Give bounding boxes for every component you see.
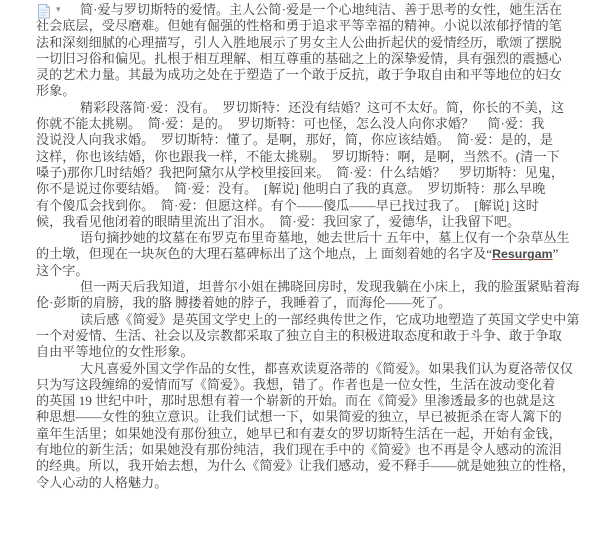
- paragraph: 精彩段落简·爱：没有。 罗切斯特：还没有结婚？这可不太好。简，你长的不美，这你就…: [36, 100, 576, 230]
- paragraph: 读后感《简爱》是英国文学史上的一部经典传世之作，它成功地塑造了英国文学史中第一个…: [36, 312, 576, 361]
- paragraph: 大凡喜爱外国文学作品的女性，都喜欢读夏洛蒂的《简爱》。如果我们认为夏洛蒂仅仅只为…: [36, 361, 576, 491]
- text-line: 读后感《简爱》是英国文学史上的一部经典传世之作，它成功地塑造了英国文学史中第: [36, 312, 576, 328]
- text-line: 童年生活里；如果她没有那份独立，她早已和有妻女的罗切斯特生活在一起，开始有金钱，: [36, 426, 576, 442]
- text-line: 令人心动的人格魅力。: [36, 475, 576, 491]
- paragraph: 语句摘抄她的坟墓在布罗克布里奇墓地，她去世后十 五年中，墓上仅有一个杂草丛生的土…: [36, 230, 576, 279]
- text-line: 社会底层，受尽磨难。但她有倔强的性格和勇于追求平等幸福的精神。小说以浓郁抒情的笔: [36, 18, 576, 34]
- text-line: 精彩段落简·爱：没有。 罗切斯特：还没有结婚？这可不太好。简，你长的不美，这: [36, 100, 576, 116]
- paragraph: 简·爱与罗切斯特的爱情。主人公简·爱是一个心地纯洁、善于思考的女性，她生活在社会…: [36, 2, 576, 100]
- text-line: 种思想——女性的独立意识。让我们试想一下，如果简爱的独立，早已被扼杀在寄人篱下的: [36, 409, 576, 425]
- text-line: 但一两天后我知道，坦普尔小姐在拂晓回房时，发现我躺在小床上，我的脸蛋紧贴着海: [36, 279, 576, 295]
- text-line: 法和深刻细腻的心理描写，引人入胜地展示了男女主人公曲折起伏的爱情经历，歌颂了摆脱: [36, 35, 576, 51]
- text-line: 的英国 19 世纪中叶，那时思想有着一个崭新的开始。而在《简爱》里渗透最多的也就…: [36, 393, 576, 409]
- text-line: 语句摘抄她的坟墓在布罗克布里奇墓地，她去世后十 五年中，墓上仅有一个杂草丛生: [36, 230, 576, 246]
- text-line: 大凡喜爱外国文学作品的女性，都喜欢读夏洛蒂的《简爱》。如果我们认为夏洛蒂仅仅: [36, 361, 576, 377]
- document-page: ▾ 简·爱与罗切斯特的爱情。主人公简·爱是一个心地纯洁、善于思考的女性，她生活在…: [0, 0, 600, 546]
- text-line: 的经典。所以，我开始去想，为什么《简爱》让我们感动，爱不释手——就是她独立的性格…: [36, 458, 576, 474]
- text-line: 嗓子)那你几时结婚？我把阿黛尔从学校里接回来。 简·爱：什么结婚？ 罗切斯特：见…: [36, 165, 576, 181]
- text-line: 只为写这段缠绵的爱情而写《简爱》。我想，错了。作者也是一位女性，生活在波动变化着: [36, 377, 576, 393]
- text-line: 有个傻瓜会找到你。 简·爱：但愿这样。有个——傻瓜——早已找过我了。 [解说] …: [36, 198, 576, 214]
- text-line: 简·爱与罗切斯特的爱情。主人公简·爱是一个心地纯洁、善于思考的女性，她生活在: [36, 2, 576, 18]
- text-line: 候，我看见他闭着的眼睛里流出了泪水。 简·爱：我回家了，爱德华，让我留下吧。: [36, 214, 576, 230]
- text-line: 伦·彭斯的肩膀，我的胳 膊搂着她的脖子，我睡着了，而海伦——死了。: [36, 295, 576, 311]
- text-line: 你就不能太挑剔。 简·爱：是的。 罗切斯特：可也怪，怎么没人向你求婚？ 简·爱：…: [36, 116, 576, 132]
- text-line: 这样，你也该结婚，你也跟我一样，不能太挑剔。 罗切斯特：啊，是啊，当然不。(清一…: [36, 149, 576, 165]
- text-line: 你不是说过你要结婚。 简·爱：没有。 [解说] 他明白了我的真意。 罗切斯特：那…: [36, 181, 576, 197]
- text-line: 一个对爱情、生活、社会以及宗教都采取了独立自主的积极进取态度和敢于斗争、敢于争取: [36, 328, 576, 344]
- text-line: 这个字。: [36, 263, 576, 279]
- highlighted-word: Resurgam: [492, 247, 553, 261]
- text-line: 自由平等地位的女性形象。: [36, 344, 576, 360]
- text-line: 没说没人向我求婚。 罗切斯特：懂了。是啊，那好，简，你应该结婚。 简·爱：是的，…: [36, 132, 576, 148]
- text-line: 有地位的新生活；如果她没有那份纯洁，我们现在手中的《简爱》也不再是令人感动的流泪: [36, 442, 576, 458]
- text-line: 一切旧习俗和偏见。扎根于相互理解、相互尊重的基础之上的深挚爱情，具有强烈的震撼心: [36, 51, 576, 67]
- text-line: 的土墩，但现在一块灰色的大理石墓碑标出了这个地点，上 面刻着她的名字及“Resu…: [36, 246, 576, 262]
- text-line: 形象。: [36, 83, 576, 99]
- paragraph: 但一两天后我知道，坦普尔小姐在拂晓回房时，发现我躺在小床上，我的脸蛋紧贴着海伦·…: [36, 279, 576, 312]
- document-body: 简·爱与罗切斯特的爱情。主人公简·爱是一个心地纯洁、善于思考的女性，她生活在社会…: [36, 2, 576, 491]
- text-line: 灵的艺术力量。其最为成功之处在于塑造了一个敢于反抗，敢于争取自由和平等地位的妇女: [36, 67, 576, 83]
